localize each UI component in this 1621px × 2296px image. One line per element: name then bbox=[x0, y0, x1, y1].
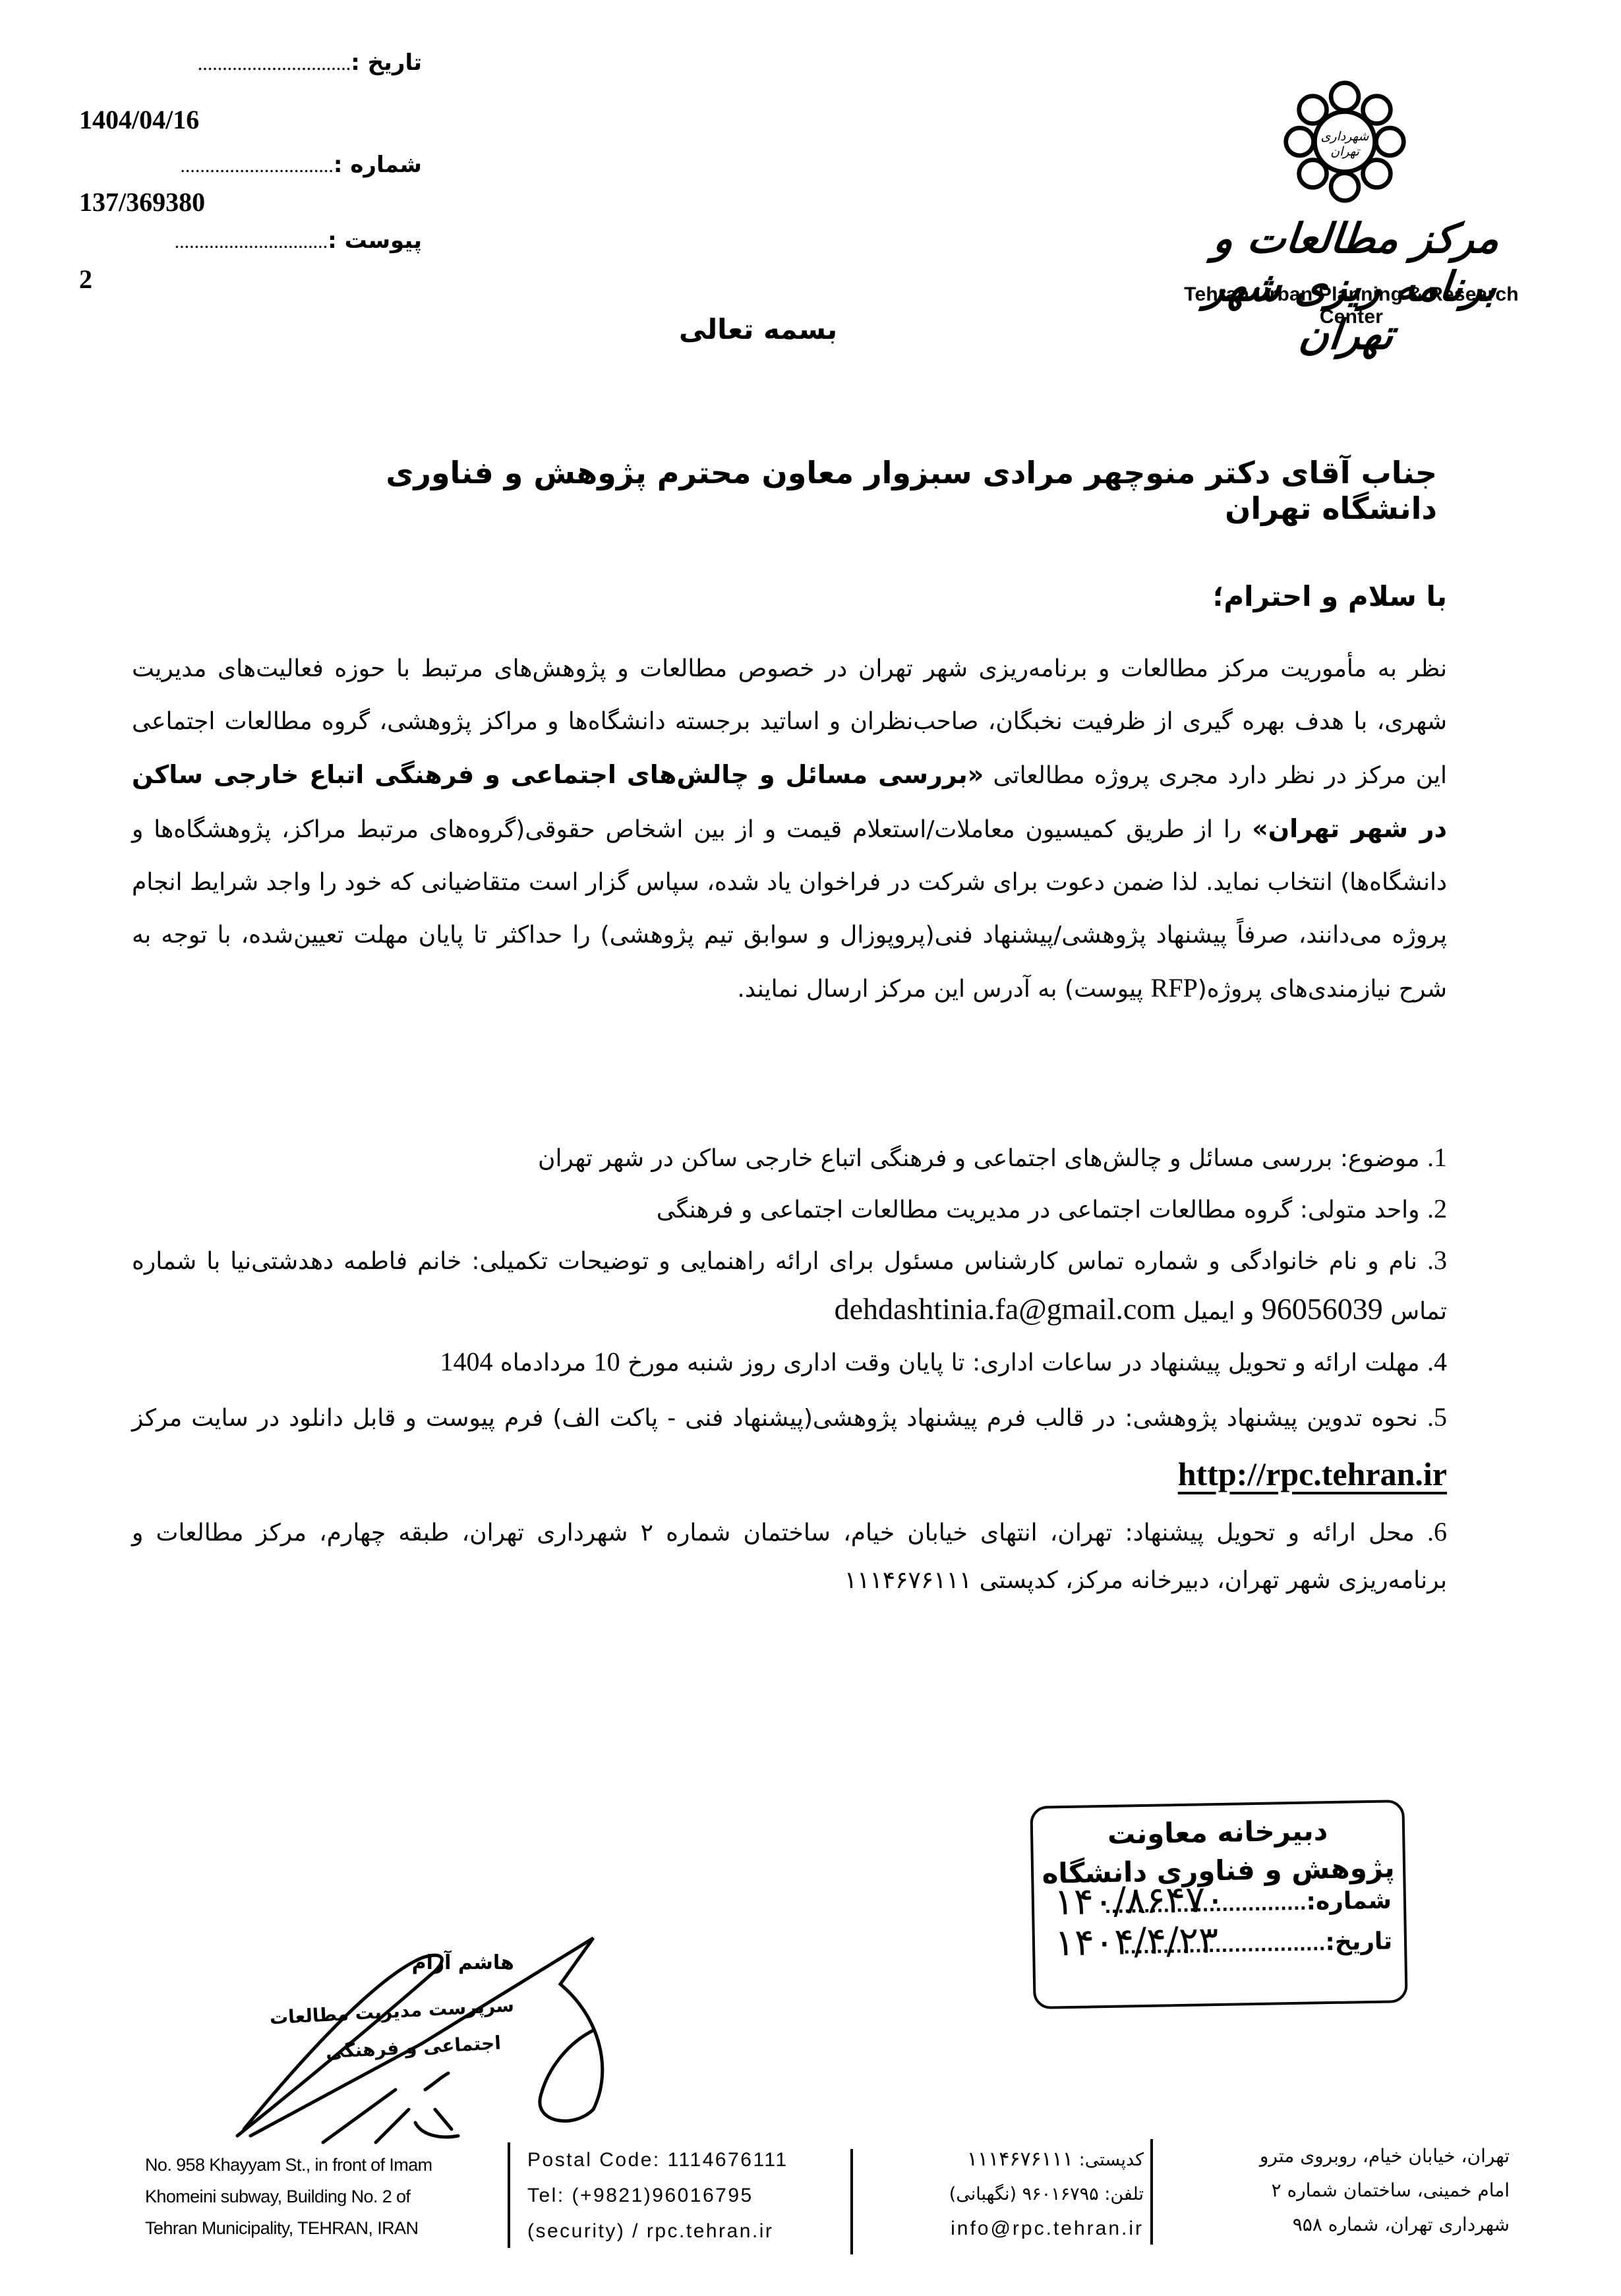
number-label: شماره : bbox=[334, 152, 422, 178]
footer-divider bbox=[850, 2149, 853, 2254]
footer-contact-fa: کدپستی: ۱۱۱۴۶۷۶۱۱۱ تلفن: ۹۶۰۱۶۷۹۵ (نگهبا… bbox=[867, 2142, 1144, 2247]
receipt-stamp: دبیرخانه معاونت پژوهش و فناوری دانشگاه ش… bbox=[1030, 1800, 1407, 2009]
attachment-value: 2 bbox=[79, 264, 92, 295]
organization-name-en: Tehran Urban Planning & Research Center bbox=[1154, 283, 1549, 328]
letter-meta: تاریخ :............................... 1… bbox=[79, 0, 422, 290]
item-number: 5. bbox=[1427, 1402, 1447, 1432]
deadline-day: 10 bbox=[594, 1347, 620, 1376]
svg-text:شهرداری: شهرداری bbox=[1321, 129, 1370, 144]
stamp-date-handwritten: ۱۴۰۴/۴/۲۳ bbox=[1054, 1919, 1218, 1964]
item-text: مهلت ارائه و تحویل پیشنهاد در ساعات ادار… bbox=[620, 1349, 1420, 1376]
footer-divider bbox=[1150, 2139, 1153, 2245]
list-item-delivery-location: 6. محل ارائه و تحویل پیشنهاد: تهران، انت… bbox=[132, 1508, 1447, 1604]
list-item-responsible-unit: 2. واحد متولی: گروه مطالعات اجتماعی در م… bbox=[132, 1185, 1447, 1234]
tehran-municipality-emblem-icon: شهرداری تهران bbox=[1282, 79, 1407, 204]
email-link[interactable]: info@rpc.tehran.ir bbox=[951, 2212, 1144, 2246]
footer-divider bbox=[508, 2142, 510, 2248]
date-value: 1404/04/16 bbox=[79, 104, 199, 135]
postal-code-label: کدپستی: bbox=[1079, 2150, 1144, 2170]
footer-address-en: No. 958 Khayyam St., in front of Imam Kh… bbox=[145, 2149, 501, 2244]
bismillah-heading: بسمه تعالی bbox=[593, 313, 923, 345]
svg-text:تهران: تهران bbox=[1330, 144, 1360, 159]
organization-logo: شهرداری تهران مرکز مطالعات و برنامه ریزی… bbox=[1114, 66, 1576, 316]
list-item-proposal-format: 5. نحوه تدوین پیشنهاد پژوهشی: در قالب فر… bbox=[132, 1390, 1447, 1506]
phone-en: Tel: (+9821)96016795 bbox=[527, 2178, 844, 2214]
item-text-b: و ایمیل bbox=[1175, 1298, 1262, 1325]
stamp-number-handwritten: ۱۴۰/۸۶۴۷۰ bbox=[1053, 1878, 1225, 1924]
item-number: 4. bbox=[1427, 1347, 1447, 1376]
address-fa-line: شهرداری تهران، شماره ۹۵۸ bbox=[1167, 2208, 1510, 2242]
item-text: موضوع: بررسی مسائل و چالش‌های اجتماعی و … bbox=[538, 1145, 1420, 1172]
address-en-line: No. 958 Khayyam St., in front of Imam bbox=[145, 2149, 501, 2181]
item-text: نحوه تدوین پیشنهاد پژوهشی: در قالب فرم پ… bbox=[132, 1405, 1418, 1432]
item-text: محل ارائه و تحویل پیشنهاد: تهران، انتهای… bbox=[132, 1519, 1447, 1594]
number-row: شماره :............................... bbox=[79, 152, 422, 178]
stamp-date-label: تاریخ: bbox=[1325, 1928, 1392, 1956]
rfp-abbrev: RFP bbox=[1151, 973, 1198, 1003]
website-en[interactable]: (security) / rpc.tehran.ir bbox=[527, 2214, 844, 2249]
signatory-name: هاشم آرام bbox=[369, 1951, 514, 1974]
greeting: با سلام و احترام؛ bbox=[1121, 580, 1447, 612]
signature-scribble-icon bbox=[224, 1912, 686, 2149]
item-text-b: مردادماه bbox=[492, 1349, 593, 1376]
item-number: 6. bbox=[1427, 1517, 1447, 1546]
date-label: تاریخ : bbox=[351, 49, 422, 76]
phone-label: تلفن: bbox=[1104, 2184, 1144, 2204]
postal-code-value: ۱۱۱۴۶۷۶۱۱۱ bbox=[967, 2142, 1073, 2177]
attachment-dots: ............................... bbox=[175, 231, 328, 252]
address-fa-line: تهران، خیابان خیام، روبروی مترو bbox=[1167, 2139, 1510, 2173]
footer-contact-en: Postal Code: 1114676111 Tel: (+9821)9601… bbox=[527, 2142, 844, 2249]
postal-code-fa: کدپستی: ۱۱۱۴۶۷۶۱۱۱ bbox=[867, 2142, 1144, 2177]
footer: No. 958 Khayyam St., in front of Imam Kh… bbox=[132, 2129, 1582, 2261]
date-row: تاریخ :............................... bbox=[79, 49, 422, 76]
stamp-line-1: دبیرخانه معاونت bbox=[1033, 1810, 1403, 1855]
item-number: 1. bbox=[1427, 1142, 1447, 1172]
addressee: جناب آقای دکتر منوچهر مرادی سبزوار معاون… bbox=[290, 455, 1437, 526]
paragraph-text-3: پیوست) به آدرس این مرکز ارسال نمایند. bbox=[737, 976, 1150, 1003]
stamp-number-label: شماره: bbox=[1306, 1887, 1392, 1915]
address-en-line: Khomeini subway, Building No. 2 of bbox=[145, 2181, 501, 2212]
attachment-label: پیوست : bbox=[328, 227, 422, 254]
item-number: 2. bbox=[1427, 1194, 1447, 1223]
number-dots: ............................... bbox=[180, 155, 334, 177]
footer-address-fa: تهران، خیابان خیام، روبروی مترو امام خمی… bbox=[1167, 2139, 1510, 2242]
item-number: 3. bbox=[1427, 1245, 1447, 1275]
contact-email-link[interactable]: dehdashtinia.fa@gmail.com bbox=[835, 1292, 1176, 1326]
stamp-date-row: تاریخ:............................... ۱۴… bbox=[1035, 1928, 1405, 1975]
attachment-row: پیوست :............................... bbox=[79, 227, 422, 254]
item-text: واحد متولی: گروه مطالعات اجتماعی در مدیر… bbox=[657, 1196, 1420, 1223]
website-link[interactable]: http://rpc.tehran.ir bbox=[1178, 1456, 1447, 1492]
requirements-list: 1. موضوع: بررسی مسائل و چالش‌های اجتماعی… bbox=[132, 1134, 1447, 1607]
body-paragraph: نظر به مأموریت مرکز مطالعات و برنامه‌ریز… bbox=[132, 643, 1447, 1016]
phone-value: ۹۶۰۱۶۷۹۵ (نگهبانی) bbox=[949, 2184, 1099, 2204]
paragraph-text-2: را از طریق کمیسیون معاملات/استعلام قیمت … bbox=[132, 816, 1447, 1003]
number-value: 137/369380 bbox=[79, 187, 205, 218]
postal-code-en: Postal Code: 1114676111 bbox=[527, 2142, 844, 2178]
list-item-subject: 1. موضوع: بررسی مسائل و چالش‌های اجتماعی… bbox=[132, 1134, 1447, 1183]
list-item-deadline: 4. مهلت ارائه و تحویل پیشنهاد در ساعات ا… bbox=[132, 1338, 1447, 1387]
address-en-line: Tehran Municipality, TEHRAN, IRAN bbox=[145, 2212, 501, 2244]
address-fa-line: امام خمینی، ساختمان شماره ۲ bbox=[1167, 2173, 1510, 2208]
email-fa: info@rpc.tehran.ir bbox=[867, 2212, 1144, 2247]
contact-phone: 96056039 bbox=[1262, 1292, 1383, 1326]
phone-fa: تلفن: ۹۶۰۱۶۷۹۵ (نگهبانی) bbox=[867, 2177, 1144, 2212]
list-item-contact: 3. نام و نام خانوادگی و شماره تماس کارشن… bbox=[132, 1237, 1447, 1336]
date-dots: ............................... bbox=[198, 53, 351, 74]
deadline-year: 1404 bbox=[440, 1347, 492, 1376]
signature-block: هاشم آرام سرپرست مدیریت مطالعات اجتماعی … bbox=[224, 1912, 686, 2149]
